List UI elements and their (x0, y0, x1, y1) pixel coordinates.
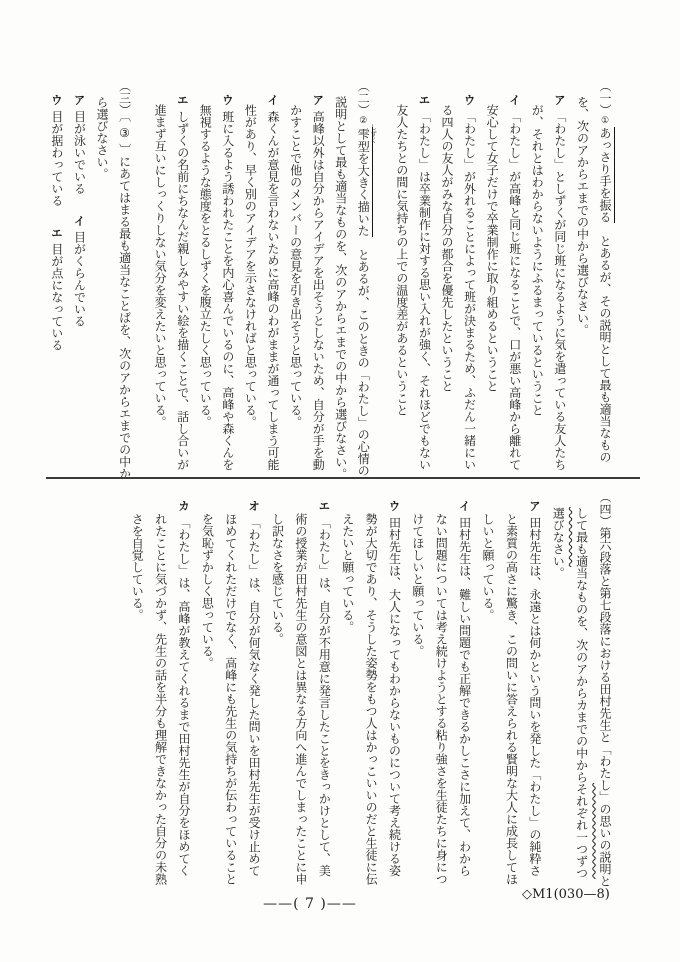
question-1-option-i: イ「わたし」が高峰と同じ班になることで、口が悪い高峰から離れて安心して女子だけで… (481, 80, 526, 482)
question-4-option-u: ウ田村先生は、大人になってもわからないものについて考え続ける姿勢が大切であり、そ… (335, 491, 405, 887)
question-2-label: （二） (356, 80, 370, 116)
option-text: 高峰以外は自分からアイデアを出そうとしないため、自分が手を動かすことで他のメンバ… (289, 104, 326, 471)
question-3-options-a-i: ア目が泳いでいるイ目がくらんでいる (68, 80, 91, 482)
option-label-i: イ (508, 94, 522, 106)
question-1-option-e: エ「わたし」は卒業制作に対する思い入れが強く、それほどでもない友人たちとの間に気… (390, 80, 435, 482)
question-2-option-u: ウ班に入るよう誘われたことを内心喜んでいるのに、高峰や森くんを無視するような態度… (194, 80, 239, 482)
underlined-phrase-2: 雫しずく型を大きく描いた (356, 127, 373, 237)
option-label-a: ア (528, 500, 542, 512)
option-text: 「わたし」としずくが同じ班になるように気を遣っている友人たちが、それとはわからな… (530, 104, 567, 471)
option-label-i: イ (72, 215, 86, 227)
question-3-options-u-e: ウ目が据わっているエ目が点になっている (45, 80, 68, 482)
option-text: 「わたし」は、自分が不用意に発言したことをきっかけとして、美術の授業が田村先生の… (271, 513, 332, 885)
question-3: （三）〔 ③ 〕にあてはまる最も適当なことばを、次のアからエまでの中から選びなさ… (45, 80, 135, 482)
option-text: 「わたし」は卒業制作に対する思い入れが強く、それほどでもない友人たちとの間に気持… (395, 104, 432, 471)
question-4-option-e: エ「わたし」は、自分が不用意に発言したことをきっかけとして、美術の授業が田村先生… (265, 491, 335, 887)
question-2-stem: （二）②雫しずく型を大きく描いた とあるが、このときの「わたし」の心情の説明とし… (329, 80, 377, 482)
option-text: 田村先生は、難しい問題でも正解できるかしこさに加えて、わからない問題については考… (411, 513, 472, 885)
bottom-section: （四）第六段落と第七段落における田村先生と「わたし」の思いの説明として最も適当な… (40, 491, 616, 887)
ruby-furigana: しずく (369, 124, 377, 144)
option-label-i: イ (458, 500, 472, 512)
option-text: 「わたし」は、自分が何気なく発した問いを田村先生が受け止めてほめてくれただけでな… (200, 513, 261, 885)
question-4: （四）第六段落と第七段落における田村先生と「わたし」の思いの説明として最も適当な… (125, 491, 616, 887)
question-3-stem-text: 〔 ③ 〕にあてはまる最も適当なことばを、次のアからエまでの中から選びなさい。 (95, 96, 132, 480)
question-4-option-o: オ「わたし」は、自分が何気なく発した問いを田村先生が受け止めてほめてくれただけで… (195, 491, 265, 887)
question-2-option-a: ア高峰以外は自分からアイデアを出そうとしないため、自分が手を動かすことで他のメン… (284, 80, 329, 482)
underlined-phrase-1: あっさり手を振る (598, 127, 615, 223)
option-label-o: オ (247, 500, 261, 512)
option-label-e: エ (176, 94, 190, 106)
option-text: 「わたし」は、高峰が教えてくれるまで田村先生が自分をほめてくれたことに気づかず、… (130, 513, 191, 885)
underlined-phrase-2-rest: 型を大きく描いた (356, 141, 370, 237)
question-4-stem-end: 。 (551, 567, 565, 579)
option-text: 目が据わっている (50, 111, 64, 207)
option-text: 田村先生は、大人になってもわからないものについて考え続ける姿勢が大切であり、そう… (341, 513, 402, 885)
circled-number-1: ① (600, 116, 610, 126)
exam-page: （一）①あっさり手を振る とあるが、その説明として最も適当なものを、次のアからエ… (0, 0, 680, 962)
option-text: 目が点になっている (50, 243, 64, 351)
option-label-u: ウ (463, 94, 477, 106)
question-4-option-i: イ田村先生は、難しい問題でも正解できるかしこさに加えて、わからない問題については… (405, 491, 475, 887)
option-label-a: ア (553, 94, 567, 106)
question-1-option-u: ウ「わたし」が外れることによって班が決まるため、ふだん一緒にいる四人の友人がみな… (435, 80, 480, 482)
section-divider-line (46, 477, 640, 479)
option-label-ka: カ (177, 500, 191, 512)
question-4-option-a: ア田村先生は、永遠とは何かという問いを発した「わたし」の純粋さと素質の高さに驚き… (476, 491, 546, 887)
option-text: 目が泳いでいる (72, 111, 86, 195)
question-1-label: （一） (598, 80, 612, 116)
option-label-u: ウ (387, 500, 401, 512)
question-3-stem: （三）〔 ③ 〕にあてはまる最も適当なことばを、次のアからエまでの中から選びなさ… (90, 80, 135, 482)
question-2-option-i: イ森くんが意見を言わないために高峰のわがままが通ってしまう可能性があり、早く別の… (239, 80, 284, 482)
option-label-u: ウ (50, 94, 64, 106)
question-2: （二）②雫しずく型を大きく描いた とあるが、このときの「わたし」の心情の説明とし… (149, 80, 378, 482)
question-1-option-a: ア「わたし」としずくが同じ班になるように気を遣っている友人たちが、それとはわから… (526, 80, 571, 482)
option-text: 田村先生は、永遠とは何かという問いを発した「わたし」の純粋さと素質の高さに驚き、… (481, 513, 542, 885)
question-1: （一）①あっさり手を振る とあるが、その説明として最も適当なものを、次のアからエ… (390, 80, 616, 482)
document-code: ◇M1(030—8) (522, 887, 610, 902)
option-text: 「わたし」が高峰と同じ班になることで、口が悪い高峰から離れて安心して女子だけで卒… (485, 104, 522, 471)
option-text: 班に入るよう誘われたことを内心喜んでいるのに、高峰や森くんを無視するような態度を… (198, 104, 235, 471)
option-label-e: エ (50, 227, 64, 239)
question-4-stem: （四）第六段落と第七段落における田村先生と「わたし」の思いの説明として最も適当な… (546, 491, 616, 887)
option-label-u: ウ (221, 94, 235, 106)
question-1-stem: （一）①あっさり手を振る とあるが、その説明として最も適当なものを、次のアからエ… (571, 80, 616, 482)
option-label-e: エ (317, 500, 331, 512)
option-label-i: イ (266, 94, 280, 106)
page-number: ——( 7 )—— (190, 896, 430, 912)
option-text: しずくの名前にちなんだ親しみやすい絵を描くことで、話し合いが進まず互いにしっくり… (153, 104, 190, 471)
option-text: 「わたし」が外れることによって班が決まるため、ふだん一緒にいる四人の友人がみな自… (440, 104, 477, 471)
question-4-option-ka: カ「わたし」は、高峰が教えてくれるまで田村先生が自分をほめてくれたことに気づかず… (125, 491, 195, 887)
option-label-e: エ (417, 94, 431, 106)
question-3-label: （三） (118, 80, 132, 116)
top-section: （一）①あっさり手を振る とあるが、その説明として最も適当なものを、次のアからエ… (36, 80, 616, 482)
question-4-label: （四） (598, 491, 612, 527)
question-2-option-e: エしずくの名前にちなんだ親しみやすい絵を描くことで、話し合いが進まず互いにしっく… (149, 80, 194, 482)
ruby-shizuku: 雫しずく (356, 127, 370, 141)
option-label-a: ア (72, 94, 86, 106)
option-label-a: ア (311, 94, 325, 106)
option-text: 森くんが意見を言わないために高峰のわがままが通ってしまう可能性があり、早く別のア… (243, 104, 280, 471)
option-text: 目がくらんでいる (72, 231, 86, 327)
